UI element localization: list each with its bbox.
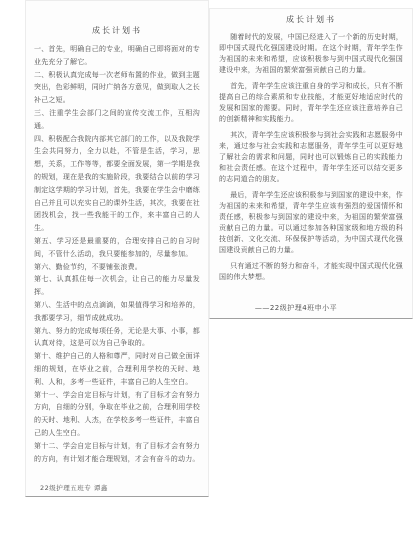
paragraph: 只有通过不断的努力和奋斗，才能实现中国式现代化强国的伟大梦想。: [219, 261, 403, 283]
paragraph: 第八、生活中的点点滴滴，如果值得学习和培养的，我都要学习，细节成就成功。: [34, 299, 200, 325]
paragraph: 其次，青年学生应该积极参与到社会实践和志愿服务中来，通过参与社会实践和志愿服务，…: [219, 130, 403, 185]
paragraph: 四、积极配合我院内部其它部门的工作，以及我院学生会共同努力，全力以赴，不管是生活…: [34, 133, 200, 235]
paragraph: 二、积极认真完成每一次老师布置的作业，做到主题突出，色彩鲜明，同时广纳各方意见，…: [34, 69, 200, 107]
document-viewer: 成长计划书 一、首先，明确自己的专业，明确自己即将面对的专业先充分了解它。 二、…: [0, 0, 414, 552]
paragraph: 首先，青年学生应该注重自身的学习和成长，只有不断提高自己的综合素质和专业技能，才…: [219, 81, 403, 125]
paragraph: 第十二、学会自定目标与计划，有了目标才会有努力的方向，有计划才能合理规划，才会有…: [34, 440, 200, 466]
paragraph: 第六、勤俭节约，不要铺张浪费。: [34, 261, 200, 274]
page-right-title: 成长计划书: [219, 14, 403, 25]
page-right-signature-author: ——22级护理4班申小平: [210, 303, 382, 313]
page-left: 成长计划书 一、首先，明确自己的专业，明确自己即将面对的专业先充分了解它。 二、…: [25, 0, 209, 497]
paragraph: 最后，青年学生还应该积极参与到国家的建设中来，作为祖国的未来和希望，青年学生应该…: [219, 190, 403, 256]
page-right: 成长计划书 随着时代的发展，中国已经进入了一个新的历史时期，即中国式现代化强国建…: [209, 8, 413, 319]
paragraph: 第七、认真抓住每一次机会，让自己的能力尽量发挥。: [34, 273, 200, 299]
paragraph: 一、首先，明确自己的专业，明确自己即将面对的专业先充分了解它。: [34, 43, 200, 69]
paragraph: 第十、维护自己的人格和尊严，同时对自己做全面详细的规划，在毕业之前，合理利用学校…: [34, 350, 200, 388]
page-left-title: 成长计划书: [34, 25, 200, 36]
page-left-footer-author: 22级护理五班专 谭鑫: [40, 483, 108, 492]
paragraph: 三、注重学生会部门之间的宣传交流工作，互相沟通。: [34, 107, 200, 133]
paragraph: 第五、学习还是最重要的，合理安排自己的自习时间，不管什么活动，我只要能参加的，尽…: [34, 235, 200, 261]
paragraph: 随着时代的发展，中国已经进入了一个新的历史时期，即中国式现代化强国建设时期。在这…: [219, 32, 403, 76]
page-right-body: 随着时代的发展，中国已经进入了一个新的历史时期，即中国式现代化强国建设时期。在这…: [219, 32, 403, 283]
paragraph: 第九、努力的完成每项任务，无论是大事、小事，都认真对待，这是可以为自己争取的。: [34, 325, 200, 351]
paragraph: 第十一、学会自定目标与计划，有了目标才会有努力方向，自细的分别，争取在毕业之前，…: [34, 389, 200, 440]
page-left-body: 一、首先，明确自己的专业，明确自己即将面对的专业先充分了解它。 二、积极认真完成…: [34, 43, 200, 465]
